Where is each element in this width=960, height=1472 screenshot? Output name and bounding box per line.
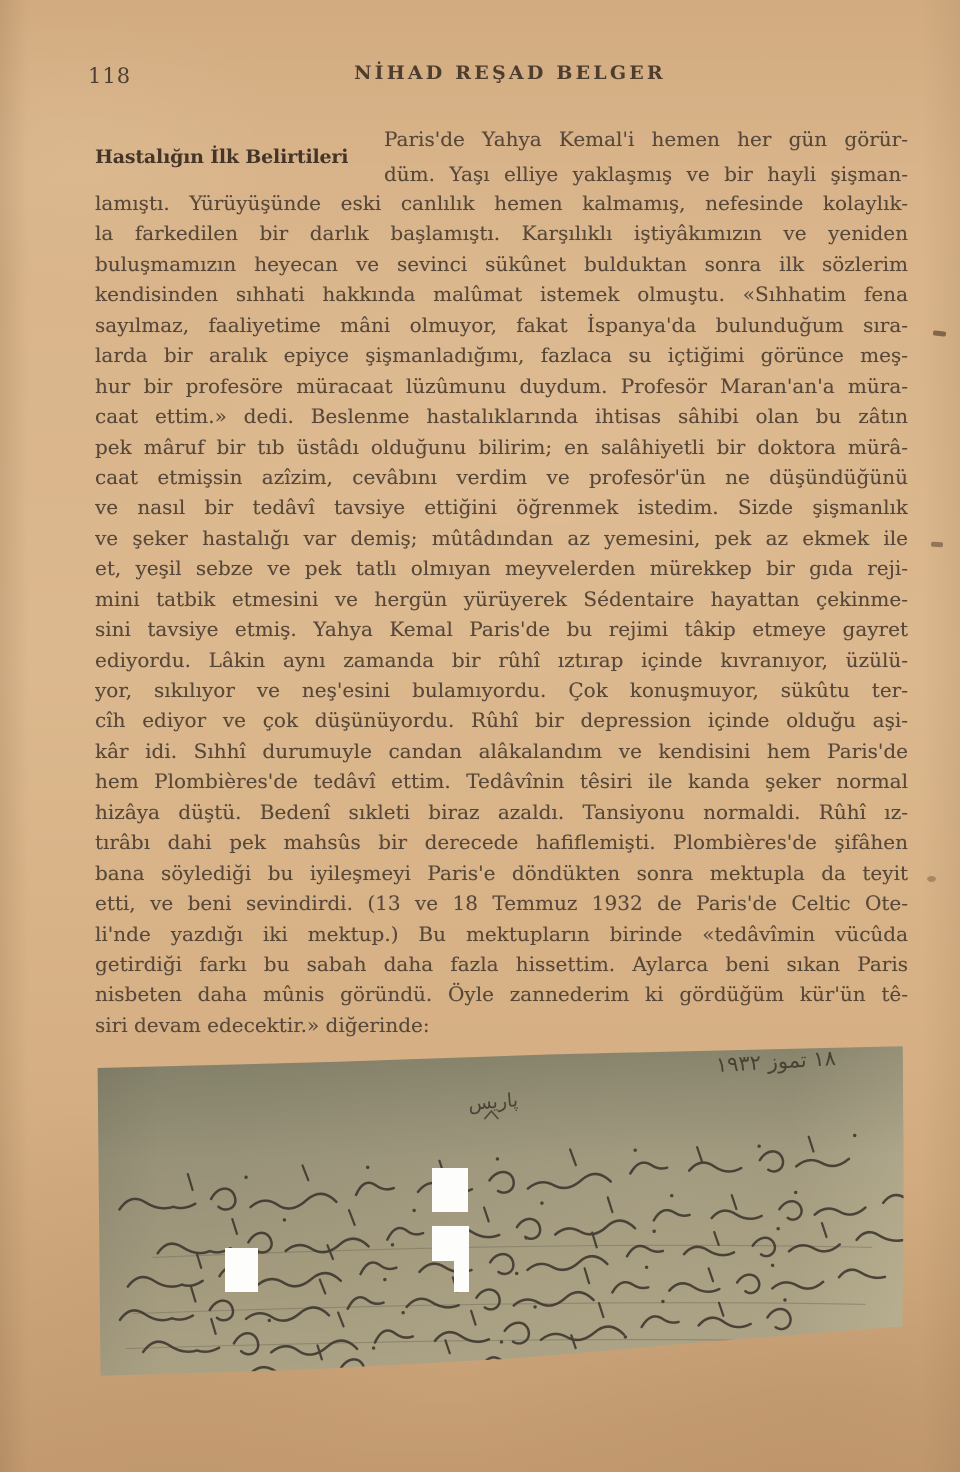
text-line: ediyordu. Lâkin aynı zamanda bir rûhî ız… [95, 645, 908, 675]
running-header: NİHAD REŞAD BELGER [354, 62, 666, 84]
text-line: sini tavsiye etmiş. Yahya Kemal Paris'de… [95, 614, 908, 644]
text-line: caat etmişsin azîzim, cevâbını verdim ve… [95, 462, 908, 492]
text-line: ve şeker hastalığı var demiş; mûtâdından… [95, 523, 908, 553]
text-line: nisbeten daha mûnis göründü. Öyle zanned… [95, 979, 908, 1009]
ink-smudge [927, 876, 936, 882]
page-number: 118 [88, 64, 131, 88]
text-line: lamıştı. Yürüyüşünde eski canlılık hemen… [95, 188, 908, 218]
text-line: et, yeşil sebze ve pek tatlı olmıyan mey… [95, 553, 908, 583]
text-line: pek mâruf bir tıb üstâdı olduğunu biliri… [95, 432, 908, 462]
text-line: cîh ediyor ve çok düşünüyordu. Rûhî bir … [95, 705, 908, 735]
text-line: yor, sıkılıyor ve neş'esini bulamıyordu.… [95, 675, 908, 705]
text-line: buluşmamızın heyecan ve sevinci sükûnet … [95, 249, 908, 279]
body-text: lamıştı. Yürüyüşünde eski canlılık hemen… [95, 188, 908, 1040]
text-line: hem Plombières'de tedâvî ettim. Tedâvîni… [95, 766, 908, 796]
text-line: kâr idi. Sıhhî durumuyle candan alâkalan… [95, 736, 908, 766]
text-line: Paris'de Yahya Kemal'i hemen her gün gör… [384, 122, 908, 157]
ink-smudge [933, 330, 946, 336]
section-heading: Hastalığın İlk Belirtileri [95, 146, 348, 168]
white-patch [225, 1248, 258, 1292]
text-line: sayılmaz, faaliyetime mâni olmuyor, faka… [95, 310, 908, 340]
white-patch [454, 1259, 469, 1292]
ink-smudge [931, 542, 943, 548]
text-line: hur bir profesöre müracaat lüzûmunu duyd… [95, 371, 908, 401]
text-line: hizâya düştü. Bedenî sıkleti biraz azald… [95, 797, 908, 827]
text-line: li'nde yazdığı iki mektup.) Bu mektuplar… [95, 919, 908, 949]
text-line: tırâbı dahi pek mahsûs bir derecede hafi… [95, 827, 908, 857]
text-line: ve nasıl bir tedâvî tavsiye ettiğini öğr… [95, 492, 908, 522]
white-patch [432, 1226, 469, 1261]
text-line: düm. Yaşı elliye yaklaşmış ve bir hayli … [384, 157, 908, 192]
white-patch [432, 1168, 468, 1212]
text-line: etti, ve beni sevindirdi. (13 ve 18 Temm… [95, 888, 908, 918]
text-line: larda bir aralık epiyce şişmanladığımı, … [95, 340, 908, 370]
text-line: la farkedilen bir darlık başlamıştı. Kar… [95, 218, 908, 248]
text-line: kendisinden sıhhati hakkında malûmat ist… [95, 279, 908, 309]
letter-scan-image: ١٨ تموز ١٩٣٢ پاریس [96, 1046, 905, 1376]
text-line: mini tatbik etmesini ve hergün yürüyerek… [95, 584, 908, 614]
intro-paragraph: Paris'de Yahya Kemal'i hemen her gün gör… [384, 122, 908, 192]
handwriting-strokes [96, 1046, 905, 1376]
text-line: caat ettim.» dedi. Beslenme hastalıkları… [95, 401, 908, 431]
text-line: getirdiği farkı bu sabah daha fazla hiss… [95, 949, 908, 979]
book-page: 118 NİHAD REŞAD BELGER Hastalığın İlk Be… [0, 0, 960, 1472]
text-line: bana söylediği bu iyileşmeyi Paris'e dön… [95, 858, 908, 888]
text-line: siri devam edecektir.» diğerinde: [95, 1010, 908, 1040]
